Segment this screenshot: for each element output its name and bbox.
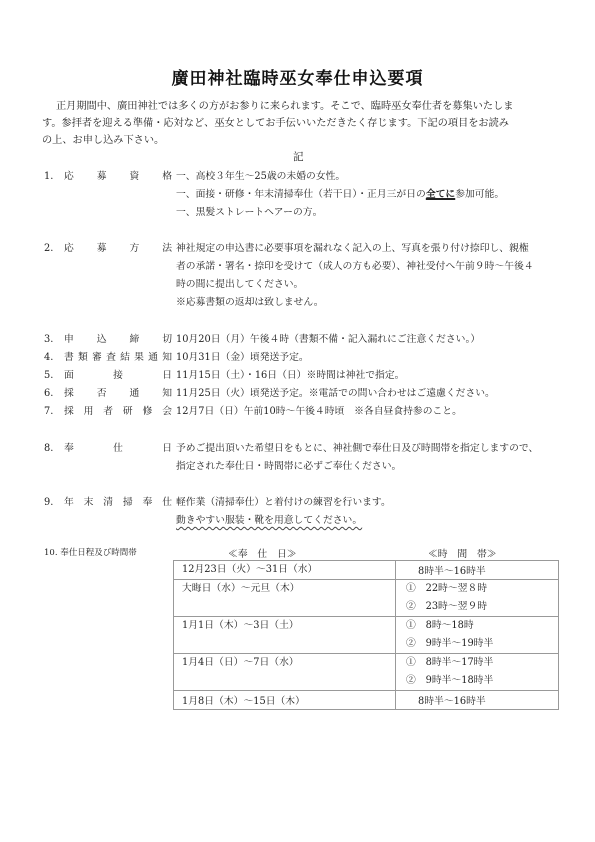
item-5-label: 5.面接日 [44,367,172,381]
item-3-value: 10月20日（月）午後４時（書類不備・記入漏れにご注意ください。） [176,331,480,345]
item-6-value: 11月25日（火）頃発送予定。※電話での問い合わせはご遠慮ください。 [176,385,495,399]
table-row: 12月23日（火）～31日（水） 8時半～16時半 [174,561,559,580]
schedule-time: ① 22時～翌８時② 23時～翌９時 [396,580,559,617]
table-row: 1月1日（木）～3日（土） ① 8時～18時② 9時半～19時半 [174,617,559,654]
page-title: 廣田神社臨時巫女奉仕申込要項 [0,64,595,89]
schedule-time: 8時半～16時半 [396,561,559,580]
table-row: 1月8日（木）～15日（木） 8時半～16時半 [174,691,559,710]
schedule-time: ① 8時～18時② 9時半～19時半 [396,617,559,654]
item-1-line-1: 一、高校３年生～25歳の未婚の女性。 [176,168,345,182]
item-2-line-2: 者の承諾・署名・捺印を受けて（成人の方も必要）、神社受付へ午前９時～午後４ [176,258,534,272]
item-2-line-4: ※応募書類の返却は致しません。 [176,294,324,308]
item-1-line-3: 一、黒髪ストレートヘアーの方。 [176,204,322,218]
table-row: 大晦日（水）～元旦（木） ① 22時～翌８時② 23時～翌９時 [174,580,559,617]
schedule-day: 1月1日（木）～3日（土） [174,617,396,654]
item-9-label: 9.年末清掃奉仕 [44,494,172,508]
item-3-label: 3.申込締切 [44,331,172,345]
item-4-value: 10月31日（金）頃発送予定。 [176,349,309,363]
schedule-time: 8時半～16時半 [396,691,559,710]
item-9-line-2: 動きやすい服装・靴を用意してください。 [176,512,362,526]
item-1-line-2: 一、面接・研修・年末清掃奉仕（若干日）・正月三が日の全てに参加可能。 [176,186,504,200]
item-1-label: 1.応募資格 [44,168,172,182]
item-9-line-1: 軽作業（清掃奉仕）と着付けの練習を行います。 [176,494,391,508]
ki-heading: 記 [293,149,304,164]
schedule-header-time: ≪時 間 帯≫ [428,546,497,560]
table-row: 1月4日（日）～7日（水） ① 8時半～17時半② 9時半～18時半 [174,654,559,691]
intro-line-2: す。参拝者を迎える準備・応対など、巫女としてお手伝いいただきたく存じます。下記の… [42,115,509,132]
item-2-line-3: 時の間に提出してください。 [176,276,303,290]
intro-line-3: の上、お申し込み下さい。 [42,132,164,149]
item-8-label: 8.奉仕日 [44,440,172,454]
item-4-label: 4.書類審査結果通知 [44,349,172,363]
schedule-day: 12月23日（火）～31日（水） [174,561,396,580]
item-7-label: 7.採用者研修会 [44,403,172,417]
item-2-label: 2.応募方法 [44,240,172,254]
item-8-line-1: 予めご提出頂いた希望日をもとに、神社側で奉仕日及び時間帯を指定しますので、 [176,440,538,454]
intro-line-1: 正月期間中、廣田神社では多くの方がお参りに来られます。そこで、臨時巫女奉仕者を募… [56,98,513,115]
item-8-line-2: 指定された奉仕日・時間帯に必ずご奉仕ください。 [176,458,401,472]
item-7-value: 12月7日（日）午前10時～午後４時頃 ※各自昼食持参のこと。 [176,403,462,417]
item-6-label: 6.採否通知 [44,385,172,399]
schedule-header-day: ≪奉 仕 日≫ [228,546,297,560]
item-5-value: 11月15日（土）・16日（日）※時間は神社で指定。 [176,367,404,381]
schedule-time: ① 8時半～17時半② 9時半～18時半 [396,654,559,691]
schedule-day: 大晦日（水）～元旦（木） [174,580,396,617]
schedule-table: 12月23日（火）～31日（水） 8時半～16時半 大晦日（水）～元旦（木） ①… [173,560,559,710]
emphasis-all: 全てに [426,189,455,200]
item-2-line-1: 神社規定の申込書に必要事項を漏れなく記入の上、写真を張り付け捺印し、親権 [176,240,529,254]
item-10-label: 10. 奉仕日程及び時間帯 [44,546,137,558]
schedule-day: 1月8日（木）～15日（木） [174,691,396,710]
schedule-day: 1月4日（日）～7日（水） [174,654,396,691]
